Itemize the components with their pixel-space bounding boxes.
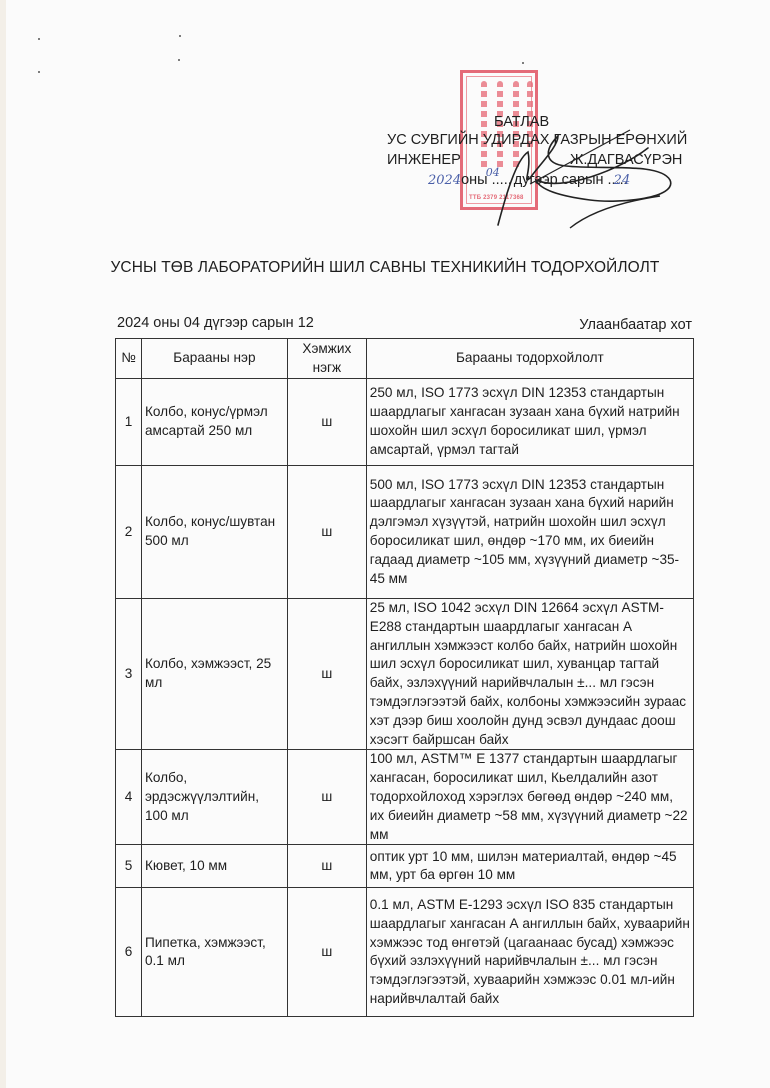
row-item-name: Пипетка, хэмжээст, 0.1 мл [141, 888, 287, 1017]
table-row: 1 Колбо, конус/үрмэл амсартай 250 мл ш 2… [116, 379, 694, 466]
handwritten-day: 24 [614, 173, 631, 188]
row-number: 6 [116, 888, 142, 1017]
row-number: 4 [116, 750, 142, 845]
scan-edge [0, 0, 6, 1088]
scan-speck [522, 62, 524, 64]
table-row: 2 Колбо, конус/шувтан 500 мл ш 500 мл, I… [116, 466, 694, 599]
scan-speck [38, 71, 40, 73]
scan-speck [178, 59, 180, 61]
specification-table: № Барааны нэр Хэмжих нэгж Барааны тодорх… [115, 338, 694, 1017]
row-unit: ш [287, 466, 366, 599]
row-item-name: Колбо, эрдэсжүүлэлтийн, 100 мл [141, 750, 287, 845]
row-description: 0.1 мл, ASTM E-1293 эсхүл ISO 835 станда… [366, 888, 693, 1017]
row-description: 250 мл, ISO 1773 эсхүл DIN 12353 стандар… [366, 379, 693, 466]
row-unit: ш [287, 750, 366, 845]
table-header-row: № Барааны нэр Хэмжих нэгж Барааны тодорх… [116, 339, 694, 379]
row-item-name: Кювет, 10 мм [141, 845, 287, 888]
document-date: 2024 оны 04 дүгээр сарын 12 [117, 315, 314, 331]
header-unit: Хэмжих нэгж [287, 339, 366, 379]
document-city: Улаанбаатар хот [579, 317, 692, 333]
approval-organization: УС СУВГИЙН УДИРДАХ ГАЗРЫН ЕРӨНХИЙ [387, 130, 687, 150]
date-text-month: дугээр сарын ..... [514, 172, 628, 188]
row-unit: ш [287, 379, 366, 466]
stamp-registration: ТТБ 2379 2117368 [469, 195, 524, 201]
row-item-name: Колбо, конус/шувтан 500 мл [141, 466, 287, 599]
approval-date: 2024оны ..... 04дугээр сарын .....24 [428, 170, 630, 191]
handwritten-month: 04 [486, 166, 500, 179]
row-number: 5 [116, 845, 142, 888]
row-description: 100 мл, ASTM™ E 1377 стандартын шаардлаг… [366, 750, 693, 845]
row-unit: ш [287, 599, 366, 750]
mongolian-script-mark [481, 81, 487, 171]
row-description: оптик урт 10 мм, шилэн материалтай, өндө… [366, 845, 693, 888]
table-row: 3 Колбо, хэмжээст, 25 мл ш 25 мл, ISO 10… [116, 599, 694, 750]
row-number: 2 [116, 466, 142, 599]
row-number: 3 [116, 599, 142, 750]
header-number: № [116, 339, 142, 379]
scan-speck [38, 38, 40, 40]
row-number: 1 [116, 379, 142, 466]
row-description: 25 мл, ISO 1042 эсхүл DIN 12664 эсхүл AS… [366, 599, 693, 750]
row-unit: ш [287, 845, 366, 888]
row-description: 500 мл, ISO 1773 эсхүл DIN 12353 стандар… [366, 466, 693, 599]
approval-heading: БАТЛАВ [494, 112, 549, 132]
row-unit: ш [287, 888, 366, 1017]
table-row: 5 Кювет, 10 мм ш оптик урт 10 мм, шилэн … [116, 845, 694, 888]
table-row: 4 Колбо, эрдэсжүүлэлтийн, 100 мл ш 100 м… [116, 750, 694, 845]
header-item-name: Барааны нэр [141, 339, 287, 379]
document-title: УСНЫ ТӨВ ЛАБОРАТОРИЙН ШИЛ САВНЫ ТЕХНИКИЙ… [0, 259, 770, 277]
row-item-name: Колбо, хэмжээст, 25 мл [141, 599, 287, 750]
table-row: 6 Пипетка, хэмжээст, 0.1 мл ш 0.1 мл, AS… [116, 888, 694, 1017]
approval-signatory: Ж.ДАГВАСҮРЭН [570, 150, 682, 170]
approval-position: ИНЖЕНЕР [387, 150, 461, 170]
header-description: Барааны тодорхойлолт [366, 339, 693, 379]
row-item-name: Колбо, конус/үрмэл амсартай 250 мл [141, 379, 287, 466]
handwritten-year: 2024 [428, 173, 461, 188]
scan-speck [179, 35, 181, 37]
